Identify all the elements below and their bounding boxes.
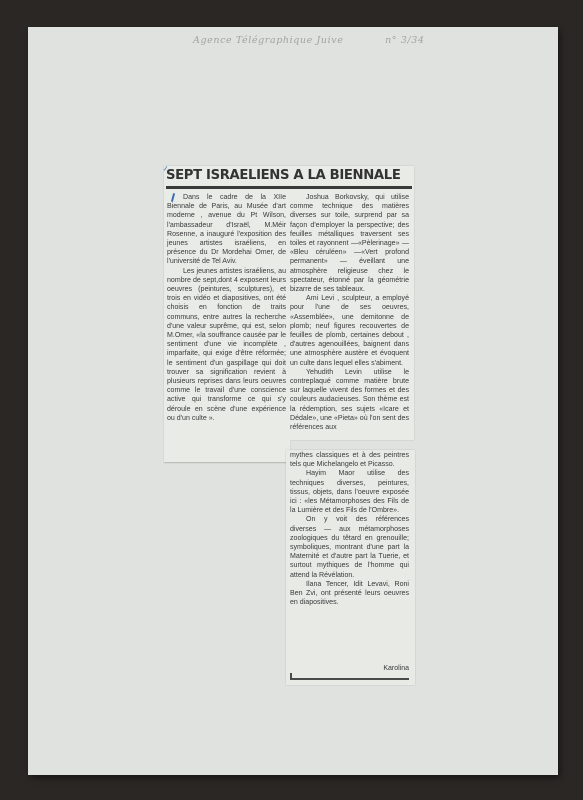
article-headline: SEPT ISRAELIENS A LA BIENNALE: [166, 168, 414, 183]
paragraph: mythes classiques et à des peintres tels…: [290, 451, 409, 469]
article-column-right-bottom: mythes classiques et à des peintres tels…: [290, 451, 409, 607]
author-signature: Karolina: [290, 665, 409, 672]
paragraph: Dans le cadre de la XIIe Biennale de Par…: [167, 193, 286, 267]
headline-divider: [166, 186, 412, 189]
handwritten-source: Agence Télégraphique Juive: [193, 35, 343, 46]
handwritten-number: n° 3/34: [385, 35, 424, 46]
handwritten-annotation: Agence Télégraphique Juive n° 3/34: [193, 35, 425, 46]
newspaper-clipping-left-tail: [164, 440, 290, 462]
paragraph: Hayim Maor utilise des techniques divers…: [290, 469, 409, 515]
paragraph: Les jeunes artistes israéliens, au nombr…: [167, 267, 286, 423]
end-rule: [291, 678, 409, 680]
paragraph: Yehudith Levin utilise le contreplaqué c…: [290, 368, 409, 432]
paragraph: Ami Levi , sculpteur, a employé pour l'u…: [290, 294, 409, 368]
paragraph: On y voit des références diverses — aux …: [290, 515, 409, 579]
paragraph: Joshua Borkovsky, qui utilise comme tech…: [290, 193, 409, 294]
article-column-left: Dans le cadre de la XIIe Biennale de Par…: [167, 193, 286, 423]
paragraph: Ilana Tencer, Idit Levavi, Roni Ben Zvi,…: [290, 580, 409, 608]
article-column-right-top: Joshua Borkovsky, qui utilise comme tech…: [290, 193, 409, 432]
